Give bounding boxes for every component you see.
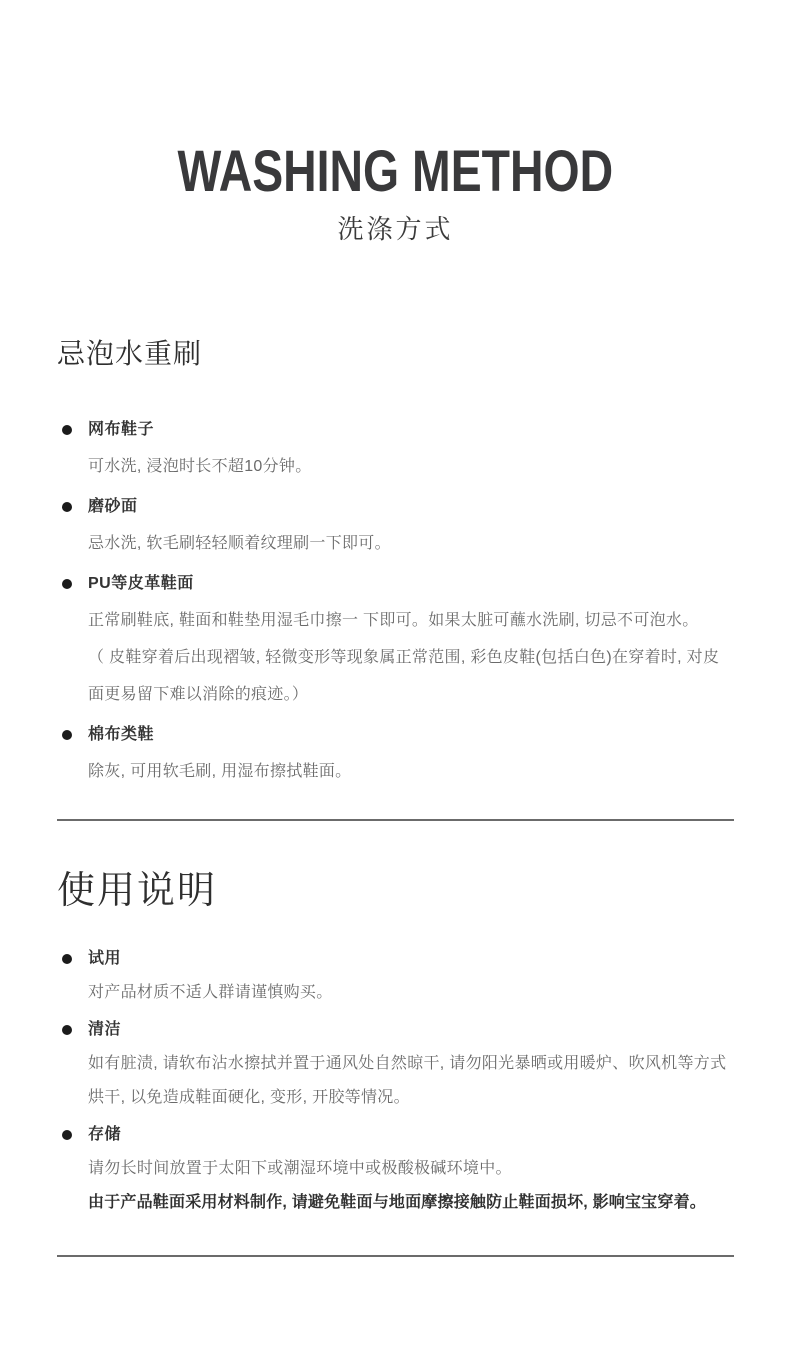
washing-item-list: 网布鞋子 可水洗, 浸泡时长不超10分钟。 磨砂面 忌水洗, 软毛刷轻轻顺着纹理… xyxy=(57,411,734,790)
care-item-text: 忌水洗, 软毛刷轻轻顺着纹理刷一下即可。 xyxy=(88,525,734,562)
usage-warning-note: 由于产品鞋面采用材料制作, 请避免鞋面与地面摩擦接触防止鞋面损坏, 影响宝宝穿着… xyxy=(88,1186,734,1220)
bullet-dot-icon xyxy=(62,579,72,589)
usage-item-text: 请勿长时间放置于太阳下或潮湿环境中或极酸极碱环境中。 xyxy=(88,1152,734,1186)
bullet-dot-icon xyxy=(62,730,72,740)
care-item-text: 除灰, 可用软毛刷, 用湿布擦拭鞋面。 xyxy=(88,753,734,790)
bottom-divider xyxy=(57,1255,734,1257)
page-header: WASHING METHOD 洗涤方式 xyxy=(57,143,734,244)
usage-item-storage: 存储 请勿长时间放置于太阳下或潮湿环境中或极酸极碱环境中。 由于产品鞋面采用材料… xyxy=(57,1118,734,1220)
bullet-dot-icon xyxy=(62,502,72,512)
care-item-pu-leather: PU等皮革鞋面 正常刷鞋底, 鞋面和鞋垫用湿毛巾擦一 下即可。如果太脏可蘸水洗刷… xyxy=(57,565,734,713)
usage-item-title: 试用 xyxy=(88,950,121,967)
usage-item-trial: 试用 对产品材质不适人群请谨慎购买。 xyxy=(57,942,734,1010)
bullet-dot-icon xyxy=(62,1025,72,1035)
care-item-title: 棉布类鞋 xyxy=(88,726,154,743)
section-heading-washing: 忌泡水重刷 xyxy=(57,337,734,371)
section-usage-instructions: 使用说明 试用 对产品材质不适人群请谨慎购买。 清洁 如有脏渍, 请软布沾水擦拭… xyxy=(57,869,734,1220)
care-item-matte: 磨砂面 忌水洗, 软毛刷轻轻顺着纹理刷一下即可。 xyxy=(57,488,734,562)
section-divider xyxy=(57,819,734,821)
usage-item-title: 存储 xyxy=(88,1126,121,1143)
care-item-cotton: 棉布类鞋 除灰, 可用软毛刷, 用湿布擦拭鞋面。 xyxy=(57,716,734,790)
section-washing-warning: 忌泡水重刷 网布鞋子 可水洗, 浸泡时长不超10分钟。 磨砂面 忌水洗, 软毛刷… xyxy=(57,337,734,790)
usage-item-cleaning: 清洁 如有脏渍, 请软布沾水擦拭并置于通风处自然晾干, 请勿阳光暴晒或用暖炉、吹… xyxy=(57,1013,734,1115)
usage-item-text: 如有脏渍, 请软布沾水擦拭并置于通风处自然晾干, 请勿阳光暴晒或用暖炉、吹风机等… xyxy=(88,1047,734,1115)
care-item-mesh: 网布鞋子 可水洗, 浸泡时长不超10分钟。 xyxy=(57,411,734,485)
care-item-title: 磨砂面 xyxy=(88,498,138,515)
usage-item-title: 清洁 xyxy=(88,1021,121,1038)
page-title-text: WASHING METHOD xyxy=(178,143,614,201)
bullet-dot-icon xyxy=(62,1130,72,1140)
section-heading-usage: 使用说明 xyxy=(57,869,734,913)
care-instructions-page: WASHING METHOD 洗涤方式 忌泡水重刷 网布鞋子 可水洗, 浸泡时长… xyxy=(0,0,790,1365)
page-subtitle: 洗涤方式 xyxy=(57,214,734,244)
care-item-text: 可水洗, 浸泡时长不超10分钟。 xyxy=(88,448,734,485)
usage-item-list: 试用 对产品材质不适人群请谨慎购买。 清洁 如有脏渍, 请软布沾水擦拭并置于通风… xyxy=(57,942,734,1220)
page-title: WASHING METHOD xyxy=(57,143,734,201)
care-item-title: PU等皮革鞋面 xyxy=(88,575,194,592)
care-item-text: （ 皮鞋穿着后出现褶皱, 轻微变形等现象属正常范围, 彩色皮鞋(包括白色)在穿着… xyxy=(88,639,734,713)
bullet-dot-icon xyxy=(62,425,72,435)
care-item-text: 正常刷鞋底, 鞋面和鞋垫用湿毛巾擦一 下即可。如果太脏可蘸水洗刷, 切忌不可泡水… xyxy=(88,602,734,639)
care-item-title: 网布鞋子 xyxy=(88,421,154,438)
bullet-dot-icon xyxy=(62,954,72,964)
usage-item-text: 对产品材质不适人群请谨慎购买。 xyxy=(88,976,734,1010)
